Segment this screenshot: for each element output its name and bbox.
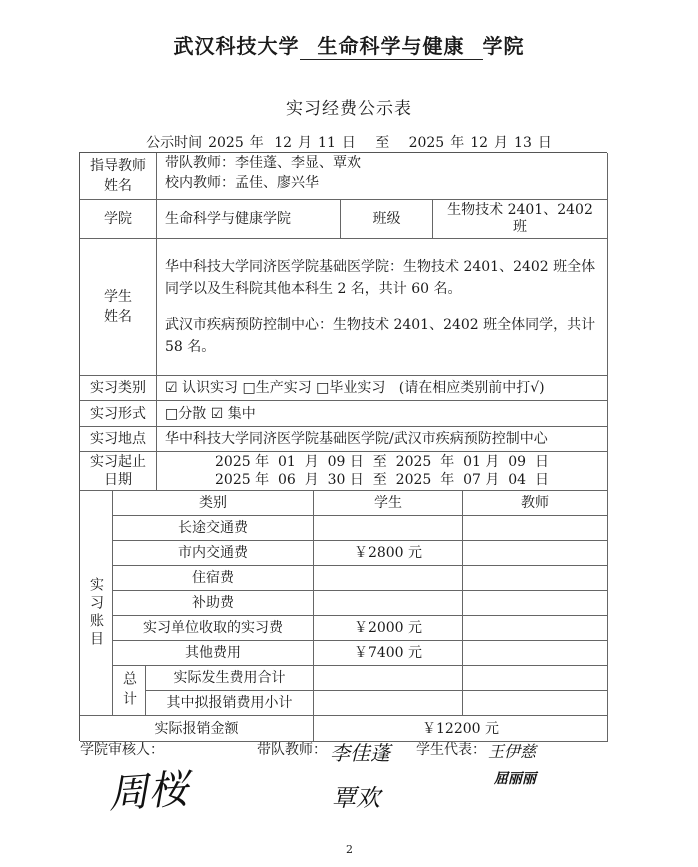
document-title: 武汉科技大学生命科学与健康学院 bbox=[0, 30, 698, 60]
year-char: 年 bbox=[450, 135, 464, 151]
college-value: 生命科学与健康学院 bbox=[157, 200, 341, 239]
end-month: 12 bbox=[470, 135, 488, 151]
ledger-row-student[interactable]: ￥2800 元 bbox=[314, 541, 463, 566]
total-row-teacher[interactable] bbox=[463, 666, 608, 691]
ledger-row-student[interactable]: ￥2000 元 bbox=[314, 616, 463, 641]
dates-label-line2: 日期 bbox=[104, 471, 132, 489]
students-group-1: 华中科技大学同济医学院基础医学院：生物技术 2401、2402 班全体同学以及生… bbox=[165, 256, 599, 300]
total-label-text: 总计 bbox=[118, 671, 140, 711]
start-year: 2025 bbox=[208, 135, 244, 151]
month-char: 月 bbox=[298, 135, 312, 151]
reviewer-label: 学院审核人： bbox=[80, 739, 164, 759]
type-hint: (请在相应类别前中打√) bbox=[399, 378, 545, 398]
form-options: □分散 ☑ 集中 bbox=[157, 401, 608, 427]
ledger-row-teacher[interactable] bbox=[463, 591, 608, 616]
start-month: 12 bbox=[274, 135, 292, 151]
publication-label: 公示时间 bbox=[146, 135, 202, 151]
type-option-graduation[interactable]: □毕业实习 bbox=[316, 378, 385, 398]
ledger-row-teacher[interactable] bbox=[463, 641, 608, 666]
type-option-production[interactable]: □生产实习 bbox=[242, 378, 311, 398]
leader-signature-1: 李佳蓬 bbox=[330, 737, 390, 766]
ledger-row-category: 长途交通费 bbox=[113, 516, 314, 541]
option-label: 集中 bbox=[228, 406, 256, 422]
ledger-row-student[interactable] bbox=[314, 516, 463, 541]
checkbox-checked-icon[interactable]: ☑ bbox=[211, 406, 224, 422]
total-row-category: 其中拟报销费用小计 bbox=[146, 691, 314, 716]
checkbox-empty-icon[interactable]: □ bbox=[165, 406, 178, 422]
ledger-row-category: 住宿费 bbox=[113, 566, 314, 591]
ledger-row-teacher[interactable] bbox=[463, 541, 608, 566]
leading-teachers: 带队教师：李佳蓬、李显、覃欢 bbox=[165, 153, 361, 173]
college-suffix: 学院 bbox=[483, 34, 525, 58]
student-rep-signature-2: 屈丽丽 bbox=[494, 768, 536, 788]
leader-label: 带队教师： bbox=[257, 739, 327, 759]
ledger-header-student: 学生 bbox=[314, 491, 463, 516]
type-options: ☑ 认识实习 □生产实习 □毕业实习 (请在相应类别前中打√) bbox=[157, 376, 608, 401]
students-names: 华中科技大学同济医学院基础医学院：生物技术 2401、2402 班全体同学以及生… bbox=[157, 239, 608, 376]
students-group-2: 武汉市疾病预防控制中心：生物技术 2401、2402 班全体同学，共计 58 名… bbox=[165, 314, 599, 358]
end-day: 13 bbox=[514, 135, 532, 151]
ledger-header-teacher: 教师 bbox=[463, 491, 608, 516]
date-range-1: 2025 年 01 月 09 日 至 2025 年 01 月 09 日 bbox=[215, 453, 549, 471]
students-label: 学生 姓名 bbox=[80, 239, 157, 376]
day-char: 日 bbox=[538, 135, 552, 151]
form-label: 实习形式 bbox=[80, 401, 157, 427]
advisor-label: 指导教师 姓名 bbox=[80, 153, 157, 200]
students-label-line2: 姓名 bbox=[104, 307, 132, 327]
college-label: 学院 bbox=[80, 200, 157, 239]
form-option-scattered[interactable]: □分散 bbox=[165, 404, 206, 424]
checkbox-empty-icon[interactable]: □ bbox=[316, 380, 329, 396]
class-value-line1: 生物技术 2401、2402 bbox=[447, 202, 593, 219]
checkbox-empty-icon[interactable]: □ bbox=[242, 380, 255, 396]
dates-label-line1: 实习起止 bbox=[90, 453, 146, 471]
ledger-row-category: 其他费用 bbox=[113, 641, 314, 666]
class-label: 班级 bbox=[341, 200, 433, 239]
total-row-teacher[interactable] bbox=[463, 691, 608, 716]
publication-period: 公示时间2025年 12月11日 至 2025年12月13日 bbox=[0, 132, 698, 152]
total-row-student[interactable] bbox=[314, 666, 463, 691]
class-value: 生物技术 2401、2402 班 bbox=[433, 200, 608, 239]
end-year: 2025 bbox=[409, 135, 445, 151]
option-label: 认识实习 bbox=[182, 380, 238, 396]
start-day: 11 bbox=[318, 135, 336, 151]
location-label: 实习地点 bbox=[80, 427, 157, 452]
class-value-line2: 班 bbox=[513, 219, 527, 236]
ledger-row-teacher[interactable] bbox=[463, 516, 608, 541]
ledger-row-student[interactable] bbox=[314, 591, 463, 616]
type-option-recognition[interactable]: ☑ 认识实习 bbox=[165, 378, 238, 398]
students-label-line1: 学生 bbox=[104, 287, 132, 307]
ledger-side-label-text: 实习账目 bbox=[85, 577, 107, 649]
checkbox-checked-icon[interactable]: ☑ bbox=[165, 380, 178, 396]
ledger-side-label: 实习账目 bbox=[80, 491, 113, 716]
day-char: 日 bbox=[342, 135, 356, 151]
location-value: 华中科技大学同济医学院基础医学院/武汉市疾病预防控制中心 bbox=[157, 427, 608, 452]
leader-signature-2: 覃欢 bbox=[332, 778, 380, 813]
option-label: 毕业实习 bbox=[329, 380, 385, 396]
to-char: 至 bbox=[375, 135, 389, 151]
ledger-row-student[interactable] bbox=[314, 566, 463, 591]
advisor-label-line1: 指导教师 bbox=[90, 156, 146, 176]
student-rep-signature-1: 王伊慈 bbox=[488, 739, 536, 762]
advisor-label-line2: 姓名 bbox=[104, 176, 132, 196]
expense-form-table: 指导教师 姓名 带队教师：李佳蓬、李显、覃欢 校内教师：孟佳、廖兴华 学院 生命… bbox=[79, 152, 607, 741]
university-name: 武汉科技大学 bbox=[174, 34, 300, 58]
dates-label: 实习起止 日期 bbox=[80, 452, 157, 491]
total-row-student[interactable] bbox=[314, 691, 463, 716]
ledger-row-student[interactable]: ￥7400 元 bbox=[314, 641, 463, 666]
page-number: 2 bbox=[346, 843, 353, 856]
type-label: 实习类别 bbox=[80, 376, 157, 401]
month-char: 月 bbox=[494, 135, 508, 151]
internal-teachers: 校内教师：孟佳、廖兴华 bbox=[165, 173, 319, 193]
total-row-category: 实际发生费用合计 bbox=[146, 666, 314, 691]
ledger-row-teacher[interactable] bbox=[463, 616, 608, 641]
ledger-row-category: 补助费 bbox=[113, 591, 314, 616]
form-option-centralized[interactable]: ☑ 集中 bbox=[211, 404, 256, 424]
ledger-header-category: 类别 bbox=[113, 491, 314, 516]
reviewer-signature: 周桜 bbox=[106, 757, 190, 819]
dates-value: 2025 年 01 月 09 日 至 2025 年 01 月 09 日 2025… bbox=[157, 452, 608, 491]
student-rep-label: 学生代表： bbox=[416, 739, 486, 759]
ledger-row-category: 实习单位收取的实习费 bbox=[113, 616, 314, 641]
year-char: 年 bbox=[250, 135, 264, 151]
form-title: 实习经费公示表 bbox=[0, 94, 698, 119]
option-label: 生产实习 bbox=[256, 380, 312, 396]
ledger-row-teacher[interactable] bbox=[463, 566, 608, 591]
option-label: 分散 bbox=[178, 406, 206, 422]
advisor-names: 带队教师：李佳蓬、李显、覃欢 校内教师：孟佳、廖兴华 bbox=[157, 153, 608, 200]
date-range-2: 2025 年 06 月 30 日 至 2025 年 07 月 04 日 bbox=[215, 471, 549, 489]
total-label: 总计 bbox=[113, 666, 146, 716]
college-name-field: 生命科学与健康 bbox=[300, 30, 483, 60]
ledger-row-category: 市内交通费 bbox=[113, 541, 314, 566]
